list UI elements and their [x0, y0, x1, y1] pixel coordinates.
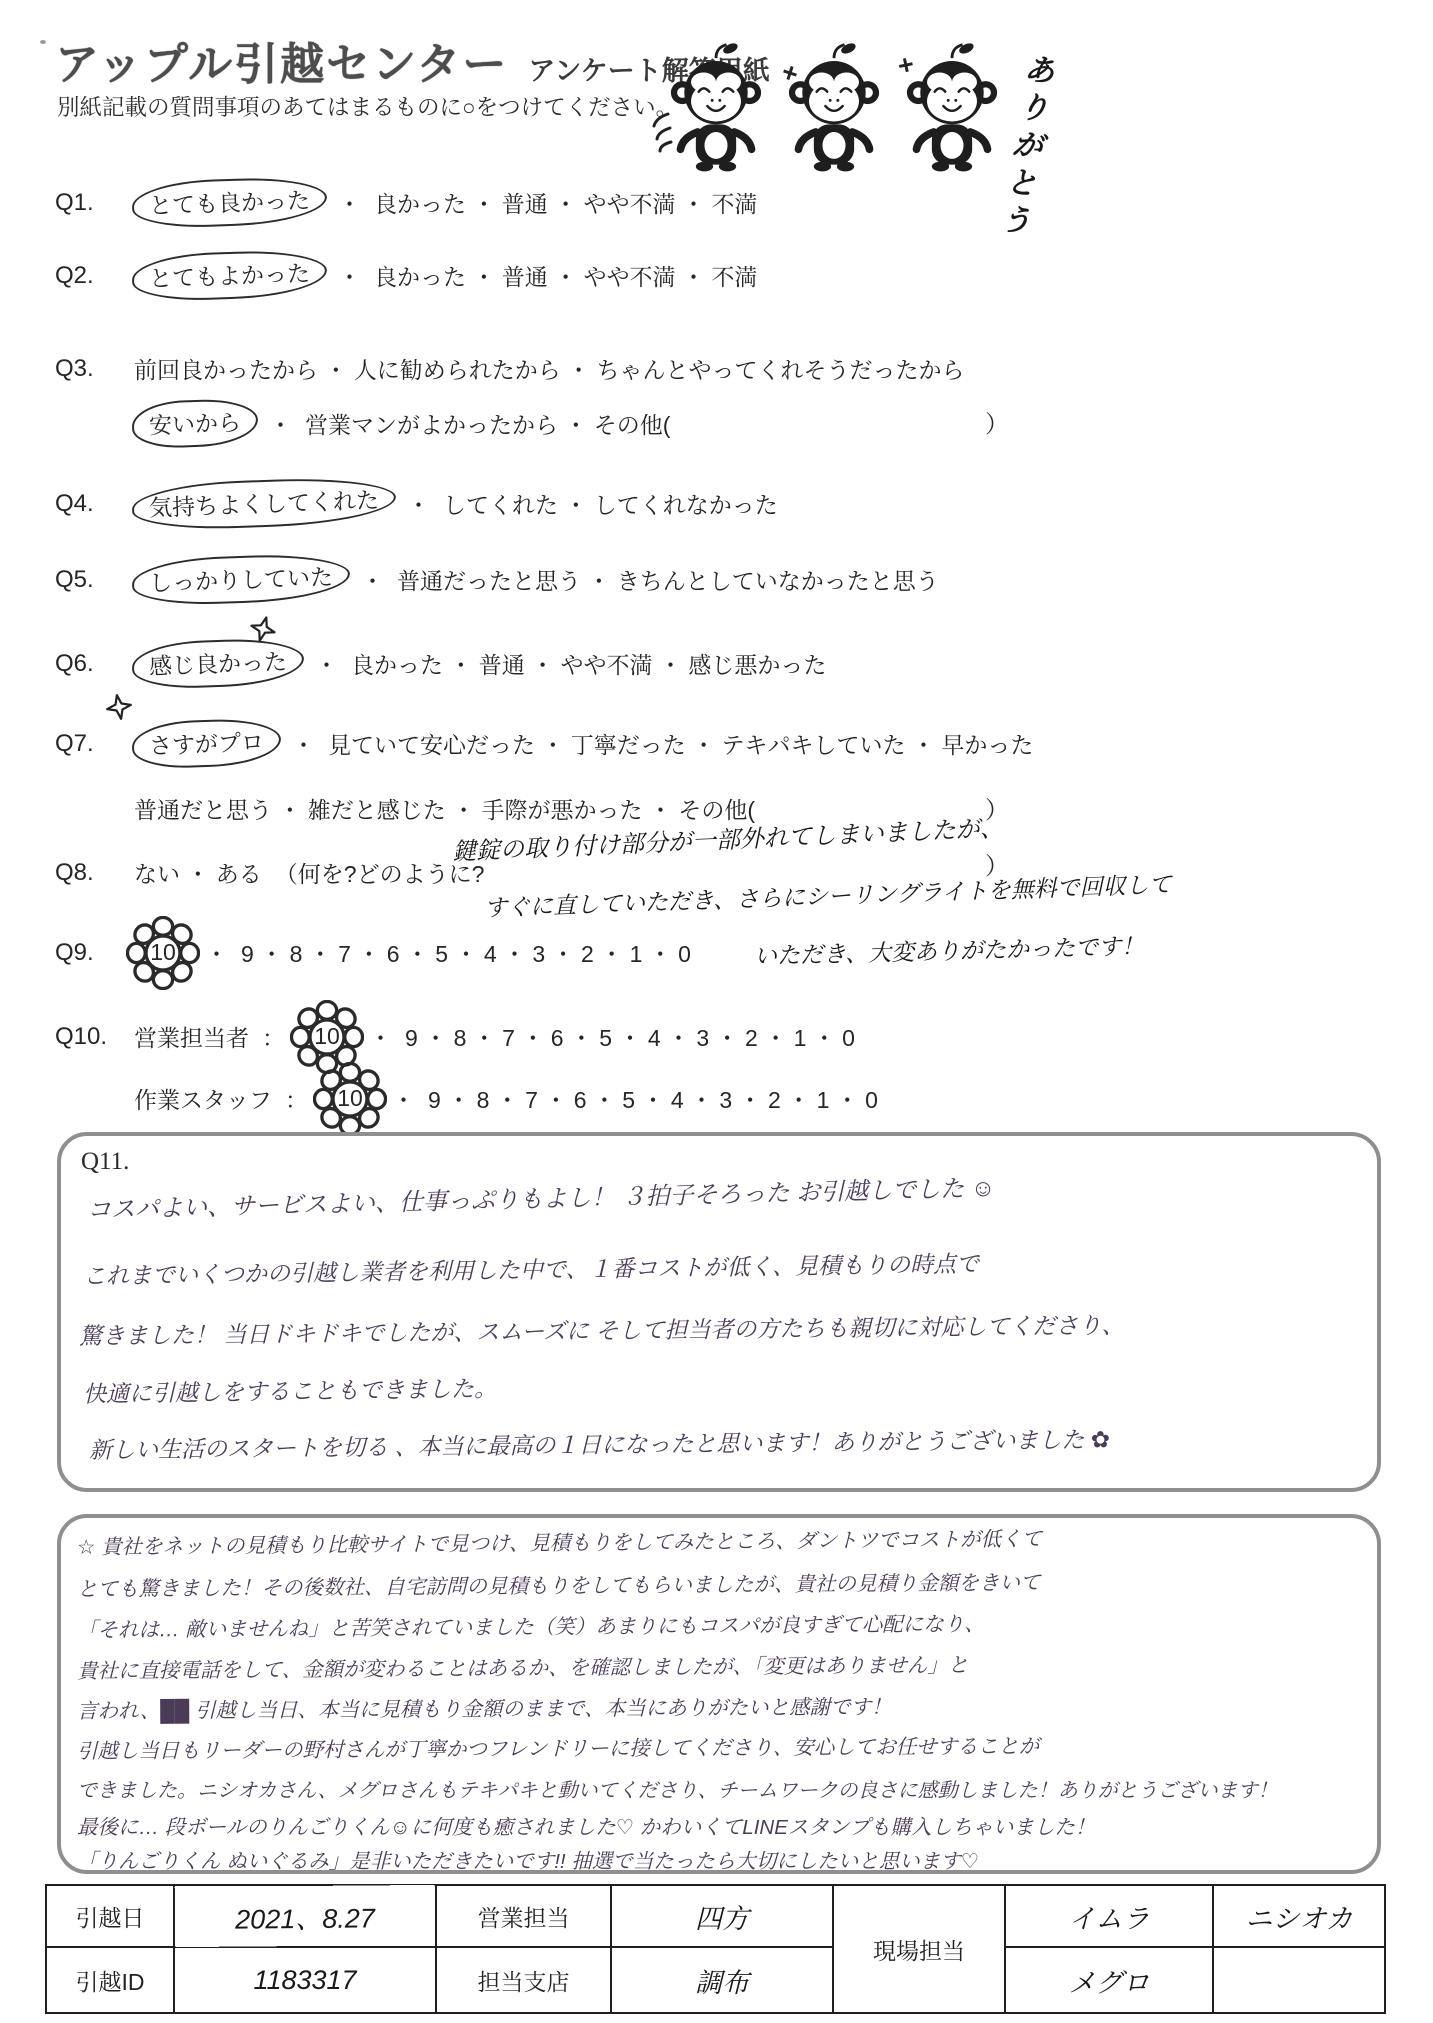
q5-selected-option: しっかりしていた: [131, 552, 351, 607]
header: アップル引越センター アンケート解答用紙: [55, 28, 770, 92]
free-comment-line: 貴社に直接電話をして、金額が変わることはあるか、を確認しましたが、「変更はありま…: [77, 1648, 969, 1684]
free-comment-box: ☆ 貴社をネットの見積もり比較サイトで見つけ、見積もりをしてみたところ、ダントツ…: [57, 1514, 1381, 1874]
table-row: 引越日 2021、8.27 営業担当 四方 現場担当 イムラ ニシオカ: [46, 1885, 1385, 1947]
q6-selected-option: 感じ良かった: [131, 637, 305, 690]
question-q9: Q9. 10 ・ 9 ・ 8 ・ 7 ・ 6 ・ 5 ・ 4 ・ 3 ・ 2 ・…: [55, 936, 691, 969]
question-q5: Q5. しっかりしていた ・ 普通だったと思う ・ きちんとしていなかったと思う: [55, 562, 939, 597]
site-crew-name-1: イムラ: [1005, 1885, 1213, 1947]
option-separator: ・: [361, 563, 384, 596]
question-q8: Q8. ない ・ ある （何を?どのように?: [55, 856, 484, 889]
sales-rep-label: 営業担当: [436, 1885, 611, 1947]
table-row: 引越ID 1183317 担当支店 調布 メグロ: [46, 1947, 1385, 2013]
q11-handwritten-line: 快適に引越しをすることもできました。: [83, 1370, 497, 1409]
option-separator: ・: [338, 186, 361, 219]
free-comment-line: ☆ 貴社をネットの見積もり比較サイトで見つけ、見積もりをしてみたところ、ダントツ…: [77, 1522, 1042, 1560]
q11-handwritten-line: コスパよい、サービスよい、仕事っぷりもよし！ ３拍子そろった お引越しでした ☺: [87, 1168, 996, 1225]
free-comment-line: とても驚きました！その後数社、自宅訪問の見積もりをしてもらいましたが、貴社の見積…: [77, 1565, 1041, 1602]
move-date-label: 引越日: [46, 1885, 174, 1947]
empty-cell: [1213, 1947, 1385, 2013]
q4-selected-option: 気持ちよくしてくれた: [131, 475, 396, 531]
q3-options-line2: 営業マンがよかったから ・ その他(: [305, 407, 670, 440]
q10-row-name: 営業担当者: [134, 1020, 249, 1053]
option-separator: ・: [292, 727, 315, 760]
q8-options: ない ・ ある: [134, 856, 262, 889]
question-label: Q4.: [55, 490, 121, 518]
question-label: Q5.: [55, 566, 121, 594]
option-separator: ・: [338, 259, 361, 292]
question-label: Q10.: [55, 1023, 121, 1051]
question-q6: Q6. 感じ良かった ・ 良かった ・ 普通 ・ やや不満 ・ 感じ悪かった: [55, 646, 826, 681]
monkey-mascot-icon: [904, 42, 1000, 174]
free-comment-line: 最後に… 段ボールのりんごりくん☺に何度も癒されました♡ かわいくてLINEスタ…: [77, 1810, 1095, 1840]
site-crew-label: 現場担当: [833, 1885, 1005, 2013]
q3-selected-option: 安いから: [131, 398, 259, 449]
free-comment-line: 「それは… 敵いませんね」と苦笑されていました（笑）あまりにもコスパが良すぎて心…: [77, 1607, 985, 1643]
colon: ：: [285, 1082, 308, 1115]
move-date-value: 2021、8.27: [174, 1884, 437, 1948]
q7-options-line1: 見ていて安心だった ・ 丁寧だった ・ テキパキしていた ・ 早かった: [328, 727, 1033, 760]
question-q7-line2: 普通だと思う ・ 雑だと感じた ・ 手際が悪かった ・ その他(: [134, 792, 755, 825]
question-q10-staff: 作業スタッフ ： 10 ・ 9 ・ 8 ・ 7 ・ 6 ・ 5 ・ 4 ・ 3 …: [134, 1082, 878, 1115]
question-label: Q3.: [55, 355, 121, 383]
branch-label: 担当支店: [436, 1947, 611, 2013]
sparkle-icon: [104, 692, 134, 722]
option-separator: ・: [407, 487, 430, 520]
option-separator: ・: [392, 1082, 415, 1115]
job-info-table: 引越日 2021、8.27 営業担当 四方 現場担当 イムラ ニシオカ 引越ID…: [45, 1884, 1386, 2014]
q6-options: 良かった ・ 普通 ・ やや不満 ・ 感じ悪かった: [351, 647, 826, 680]
q7-selected-option: さすがプロ: [131, 717, 282, 769]
question-label: Q9.: [55, 939, 121, 967]
question-q7-line1: Q7. さすがプロ ・ 見ていて安心だった ・ 丁寧だった ・ テキパキしていた…: [55, 726, 1033, 761]
question-q3-line2: 安いから ・ 営業マンがよかったから ・ その他(: [134, 406, 670, 441]
q10-row-name: 作業スタッフ: [134, 1082, 272, 1115]
question-label: Q2.: [55, 262, 121, 290]
mascot-monkeys: [668, 42, 1000, 174]
scan-artifact: [40, 40, 46, 44]
question-label: Q7.: [55, 730, 121, 758]
question-q4: Q4. 気持ちよくしてくれた ・ してくれた ・ してくれなかった: [55, 486, 778, 521]
option-separator: ・: [269, 407, 292, 440]
q9-selected-score: 10: [126, 916, 200, 990]
colon: ：: [262, 1020, 285, 1053]
q11-handwritten-line: 驚きました！ 当日ドキドキでしたが、スムーズに そして担当者の方たちも親切に対応…: [79, 1307, 1125, 1351]
free-comment-line: できました。ニシオカさん、メグロさんもテキパキと動いてくださり、チームワークの良…: [77, 1774, 1278, 1803]
q10-staff-scores: 9 ・ 8 ・ 7 ・ 6 ・ 5 ・ 4 ・ 3 ・ 2 ・ 1 ・ 0: [428, 1082, 878, 1115]
question-q3-line1: Q3. 前回良かったから ・ 人に勧められたから ・ ちゃんとやってくれそうだっ…: [55, 352, 965, 385]
survey-form-page: アップル引越センター アンケート解答用紙 別紙記載の質問事項のあてはまるものに○…: [0, 0, 1433, 2023]
sales-rep-value: 四方: [611, 1885, 833, 1947]
q3-options-line1: 前回良かったから ・ 人に勧められたから ・ ちゃんとやってくれそうだったから: [134, 352, 965, 385]
q2-options: 良かった ・ 普通 ・ やや不満 ・ 不満: [374, 259, 757, 292]
q11-handwritten-line: これまでいくつかの引越し業者を利用した中で、１番コストが低く、見積もりの時点で: [83, 1245, 979, 1291]
site-crew-name-3: メグロ: [1005, 1947, 1213, 2013]
free-comment-line: 引越し当日もリーダーの野村さんが丁寧かつフレンドリーに接してくださり、安心してお…: [77, 1729, 1039, 1764]
q2-selected-option: とてもよかった: [131, 249, 328, 303]
q7-options-line2: 普通だと思う ・ 雑だと感じた ・ 手際が悪かった ・ その他(: [134, 792, 755, 825]
form-instruction: 別紙記載の質問事項のあてはまるものに○をつけてください。: [57, 90, 678, 122]
option-separator: ・: [205, 936, 228, 969]
question-label: Q11.: [81, 1148, 129, 1176]
monkey-mascot-icon: [668, 42, 764, 174]
q8-handwritten-line: いただき、大変ありがたかったです！: [754, 928, 1145, 971]
company-logo-text: アップル引越センター: [55, 28, 508, 92]
q8-handwritten-line: すぐに直していただき、さらにシーリングライトを無料で回収して: [483, 866, 1172, 923]
q9-scores: 9 ・ 8 ・ 7 ・ 6 ・ 5 ・ 4 ・ 3 ・ 2 ・ 1 ・ 0: [241, 936, 691, 969]
question-q1: Q1. とても良かった ・ 良かった ・ 普通 ・ やや不満 ・ 不満: [55, 185, 757, 220]
question-q10-sales: Q10. 営業担当者 ： 10 ・ 9 ・ 8 ・ 7 ・ 6 ・ 5 ・ 4 …: [55, 1020, 855, 1053]
question-label: Q6.: [55, 650, 121, 678]
option-separator: ・: [369, 1020, 392, 1053]
q5-options: 普通だったと思う ・ きちんとしていなかったと思う: [397, 563, 939, 596]
question-label: Q1.: [55, 189, 121, 217]
branch-value: 調布: [611, 1947, 833, 2013]
question-label: Q8.: [55, 859, 121, 887]
q3-other-close-paren: ）: [985, 404, 1009, 439]
q11-handwritten-line: 新しい生活のスタートを切る 、本当に最高の１日になったと思います！ありがとうござ…: [89, 1421, 1110, 1465]
free-comment-line: 言われ、██ 引越し当日、本当に見積もり金額のままで、本当にありがたいと感謝です…: [77, 1690, 892, 1724]
site-crew-name-2: ニシオカ: [1213, 1885, 1385, 1947]
q10-staff-selected-score: 10: [313, 1062, 387, 1136]
question-q2: Q2. とてもよかった ・ 良かった ・ 普通 ・ やや不満 ・ 不満: [55, 258, 757, 293]
free-comment-line: 「りんごりくん ぬいぐるみ」是非いただきたいです!! 抽選で当たったら大切にした…: [77, 1844, 979, 1874]
move-id-label: 引越ID: [46, 1947, 174, 2013]
option-separator: ・: [315, 647, 338, 680]
q4-options: してくれた ・ してくれなかった: [443, 487, 778, 520]
q10-sales-scores: 9 ・ 8 ・ 7 ・ 6 ・ 5 ・ 4 ・ 3 ・ 2 ・ 1 ・ 0: [405, 1020, 855, 1053]
move-id-value: 1183317: [174, 1947, 436, 2013]
q1-options: 良かった ・ 普通 ・ やや不満 ・ 不満: [374, 186, 757, 219]
q1-selected-option: とても良かった: [131, 176, 328, 230]
q11-comment-box: Q11. コスパよい、サービスよい、仕事っぷりもよし！ ３拍子そろった お引越し…: [57, 1132, 1381, 1492]
